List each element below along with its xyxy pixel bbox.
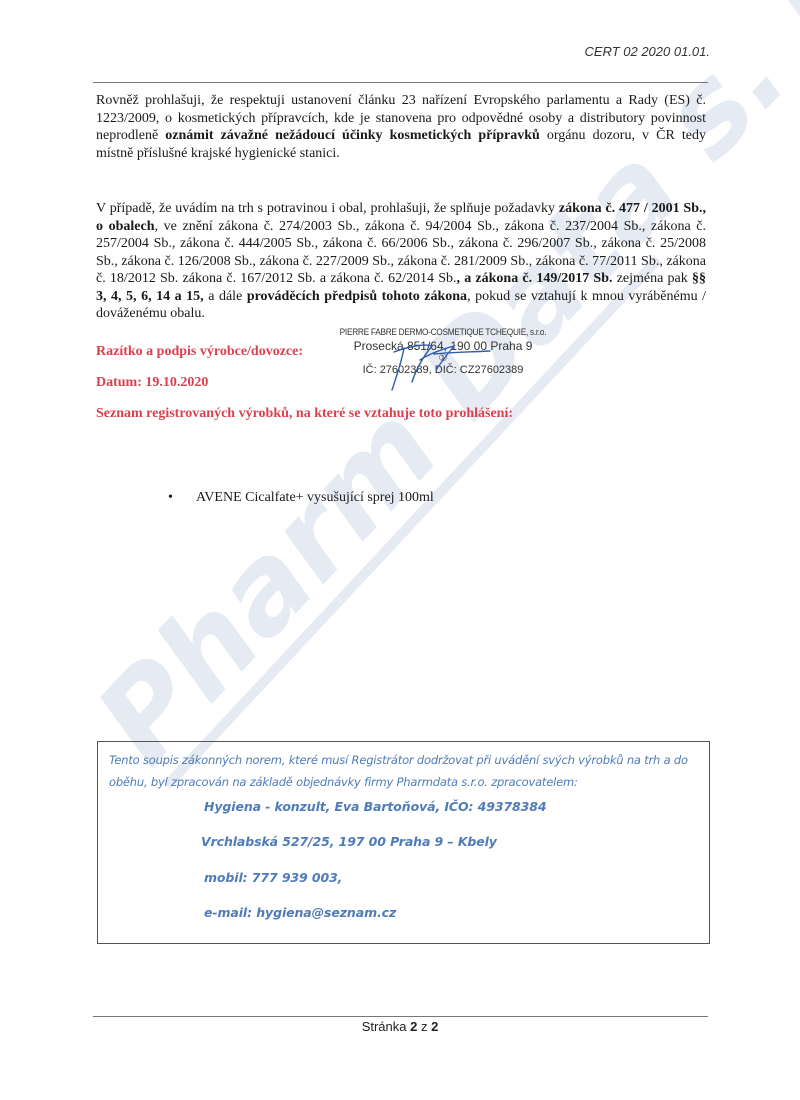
product-list-heading: Seznam registrovaných výrobků, na které … [96, 406, 513, 422]
footer-rule [93, 1016, 708, 1017]
text-segment: V případě, že uvádím na trh s potravinou… [96, 201, 559, 216]
handwritten-signature [372, 330, 492, 400]
bullet-icon: • [168, 490, 173, 506]
processor-email: e-mail: hygiena@seznam.cz [204, 905, 396, 920]
total-pages: 2 [431, 1019, 438, 1034]
product-name: AVENE Cicalfate+ vysušující sprej 100ml [196, 490, 434, 505]
info-intro: Tento soupis zákonných norem, které musí… [109, 749, 709, 793]
page-separator: z [417, 1019, 431, 1034]
text-segment: a dále [204, 289, 247, 304]
bold-segment: prováděcích předpisů tohoto zákona [247, 289, 467, 304]
paragraph-packaging-law: V případě, že uvádím na trh s potravinou… [96, 200, 706, 323]
bold-segment: , a zákona č. 149/2017 Sb. [456, 271, 612, 286]
text-segment: zejména pak [613, 271, 692, 286]
bold-segment: oznámit závažné nežádoucí účinky kosmeti… [165, 128, 540, 143]
processor-info-box: Tento soupis zákonných norem, které musí… [97, 741, 710, 944]
document-code: CERT 02 2020 01.01. [584, 44, 710, 59]
list-item: • AVENE Cicalfate+ vysušující sprej 100m… [168, 490, 434, 506]
paragraph-cosmetics-obligation: Rovněž prohlašuji, že respektuji ustanov… [96, 92, 706, 162]
processor-company: Hygiena - konzult, Eva Bartoňová, IČO: 4… [204, 799, 546, 814]
stamp-signature-label: Razítko a podpis výrobce/dovozce: [96, 344, 303, 360]
processor-phone: mobil: 777 939 003, [204, 870, 342, 885]
header-rule [93, 82, 708, 83]
page-number: Stránka 2 z 2 [0, 1019, 800, 1034]
page-prefix: Stránka [362, 1019, 410, 1034]
processor-address: Vrchlabská 527/25, 197 00 Praha 9 – Kbel… [201, 834, 497, 849]
product-list: • AVENE Cicalfate+ vysušující sprej 100m… [168, 490, 434, 506]
date-label: Datum: 19.10.2020 [96, 375, 208, 391]
